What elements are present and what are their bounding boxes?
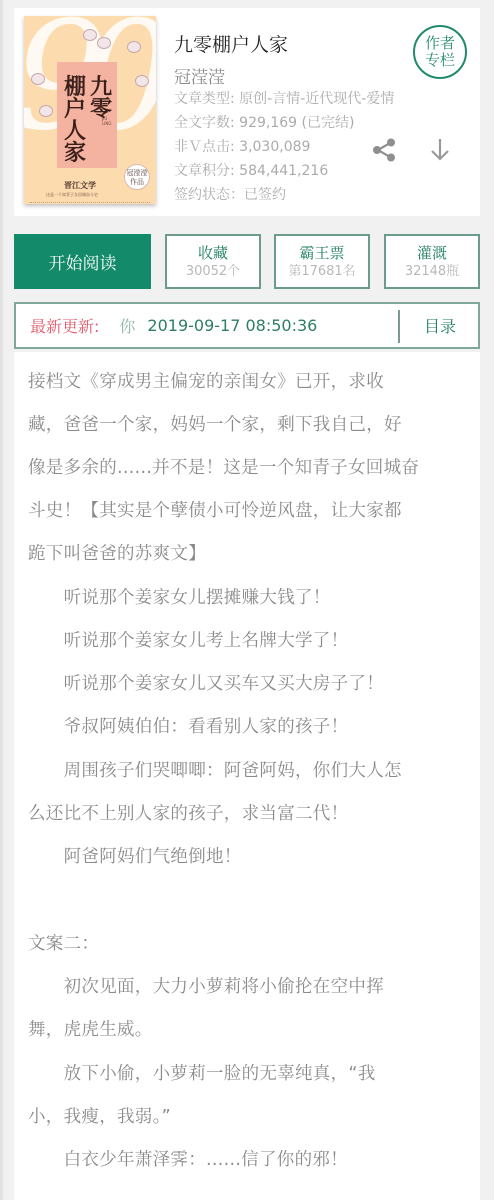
description-line: 听说那个姜家女儿又买车又买大房子了！ [28,670,468,695]
author-column-button[interactable]: 作者 专栏 [413,25,467,79]
overlord-ticket-rank: 第17681名 [288,263,355,280]
flower-icon [136,76,148,86]
stamp-line2: 作品 [125,178,149,187]
book-title: 九零棚户人家 [174,30,288,57]
description-section-heading: 文案二： [28,930,468,955]
description-line: 阿爸阿妈们气绝倒地！ [28,843,468,868]
overlord-ticket-button[interactable]: 霸王票 第17681名 [274,234,370,289]
info-sign-status: 签约状态：已签约 [174,184,286,204]
latest-chapter-link[interactable]: 你 [119,314,135,337]
table-of-contents-button[interactable]: 目录 [402,304,478,347]
favorite-count: 30052个 [186,263,240,280]
cover-publisher: 晋江文学 [64,180,96,191]
flower-icon [40,106,52,116]
description-line: 白衣少年萧泽霁：......信了你的邪！ [28,1146,468,1171]
info-clicks: 非Ｖ点击: 3,030,089 [174,136,310,156]
favorite-label: 收藏 [198,244,228,263]
share-button[interactable] [369,135,399,165]
stamp-line1: 冠滢滢 [125,169,149,178]
description-line: 爷叔阿姨伯伯：看看别人家的孩子！ [28,713,468,738]
description-line: 藏，爸爸一个家，妈妈一个家，剩下我自己，好 [28,411,468,436]
description-line: 像是多余的......并不是！这是一个知青子女回城奋 [28,454,468,479]
description-line: 放下小偷，小萝莉一脸的无辜纯真，“我 [28,1060,468,1085]
start-reading-button[interactable]: 开始阅读 [14,234,151,289]
cover-tagline: 这是一个知青子女回城奋斗史 [46,192,98,198]
flower-icon [98,38,110,48]
description-line: 接档文《穿成男主偏宠的亲闺女》已开，求收 [28,368,468,393]
flower-icon [84,30,96,40]
cover-title-col1: 九零 [90,76,112,120]
author-column-line1: 作者 [425,35,455,52]
download-button[interactable] [425,135,455,165]
divider [398,310,400,343]
description-line: 听说那个姜家女儿考上名牌大学了！ [28,627,468,652]
info-word-count: 全文字数: 929,169 (已完结) [174,112,354,132]
latest-update-time: 2019-09-17 08:50:36 [147,316,317,335]
favorite-button[interactable]: 收藏 30052个 [165,234,261,289]
description-line: 听说那个姜家女儿摆摊赚大钱了！ [28,584,468,609]
page-edge [0,0,3,1200]
latest-update-bar: 最新更新: 你 2019-09-17 08:50:36 目录 [14,302,480,349]
description-line: 小，我瘦，我弱。” [28,1103,468,1128]
book-description: 接档文《穿成男主偏宠的亲闺女》已开，求收 藏，爸爸一个家，妈妈一个家，剩下我自己… [14,352,480,1200]
irrigate-count: 32148瓶 [405,263,459,280]
latest-update-label: 最新更新: [30,314,99,337]
description-line: 舞，虎虎生威。 [28,1016,468,1041]
info-score: 文章积分: 584,441,216 [174,160,328,180]
description-line: 周围孩子们哭唧唧：阿爸阿妈，你们大人怎 [28,757,468,782]
cover-pinyin: JIU LING [102,116,114,126]
description-line: 斗史！【其实是个孽债小可怜逆风盘，让大家都 [28,497,468,522]
flower-icon [32,74,44,84]
download-icon [426,136,454,164]
description-line: 么还比不上别人家的孩子，求当富二代！ [28,800,468,825]
cover-dotted-line [30,202,150,203]
info-genre: 文章类型: 原创-言情-近代现代-爱情 [174,88,394,108]
cover-title-col2: 棚户人家 [64,76,86,164]
cover-author-stamp: 冠滢滢 作品 [124,164,150,190]
irrigate-button[interactable]: 灌溉 32148瓶 [384,234,480,289]
book-cover[interactable]: 90 九零 棚户人家 JIU LING 冠滢滢 作品 晋江文学 这是一个知青子女… [24,16,156,204]
description-line: 跪下叫爸爸的苏爽文】 [28,540,468,565]
description-line: 初次见面，大力小萝莉将小偷抡在空中挥 [28,973,468,998]
overlord-ticket-label: 霸王票 [299,244,344,263]
irrigate-label: 灌溉 [417,244,447,263]
share-icon [370,136,398,164]
author-column-line2: 专栏 [425,52,455,69]
book-author[interactable]: 冠滢滢 [174,63,225,88]
book-info-card: 90 九零 棚户人家 JIU LING 冠滢滢 作品 晋江文学 这是一个知青子女… [14,8,480,216]
flower-icon [128,42,140,52]
